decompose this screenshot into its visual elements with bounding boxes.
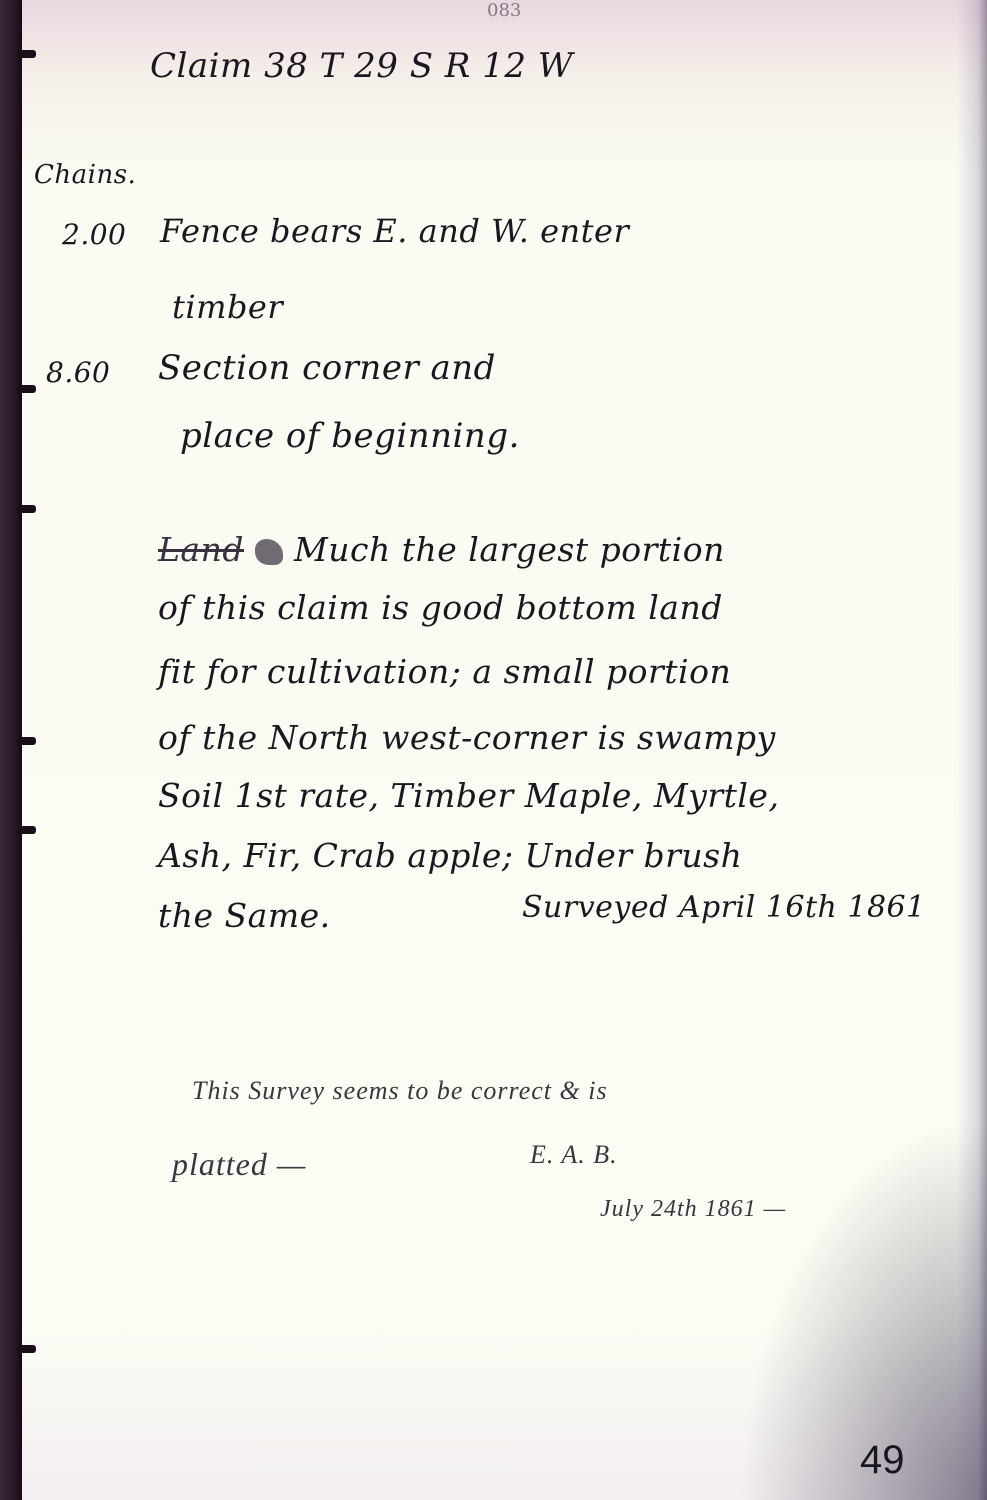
entry-distance: 8.60 [46,356,110,389]
description-text: Much the largest portion [294,530,725,569]
entry-distance: 2.00 [62,218,126,251]
entry-text-line: Fence bears E. and W. enter [160,212,629,250]
description-line: Ash, Fir, Crab apple; Under brush [158,836,742,875]
ink-smudge [255,539,283,565]
description-line: Soil 1st rate, Timber Maple, Myrtle, [158,776,779,815]
approval-date: July 24th 1861 — [600,1196,786,1223]
description-line: the Same. [158,896,331,935]
description-line: of this claim is good bottom land [158,588,723,627]
binding-stitch [18,385,36,393]
approval-text: platted — [172,1146,306,1183]
notebook-page: 083 Claim 38 T 29 S R 12 W Chains. 2.00 … [22,0,987,1500]
binding-stitch [18,505,36,513]
claim-title: Claim 38 T 29 S R 12 W [150,46,573,86]
description-line: Land Much the largest portion [158,530,725,569]
struck-word: Land [158,530,244,569]
chains-column-label: Chains. [34,160,136,190]
binding-stitch [18,826,36,834]
description-line: of the North west-corner is swampy [158,718,776,757]
description-line: fit for cultivation; a small portion [158,652,731,691]
entry-text-line: timber [172,288,283,326]
entry-text-line: place of beginning. [180,416,520,456]
approver-initials: E. A. B. [530,1140,618,1170]
binding-stitch [18,50,36,58]
page-number: 49 [860,1438,905,1483]
notebook-binding [0,0,22,1500]
page-stamp: 083 [487,0,521,21]
binding-stitch [18,1345,36,1353]
survey-date: Surveyed April 16th 1861 [522,890,926,925]
binding-stitch [18,737,36,745]
entry-text-line: Section corner and [158,348,496,388]
approval-text: This Survey seems to be correct & is [192,1076,608,1106]
